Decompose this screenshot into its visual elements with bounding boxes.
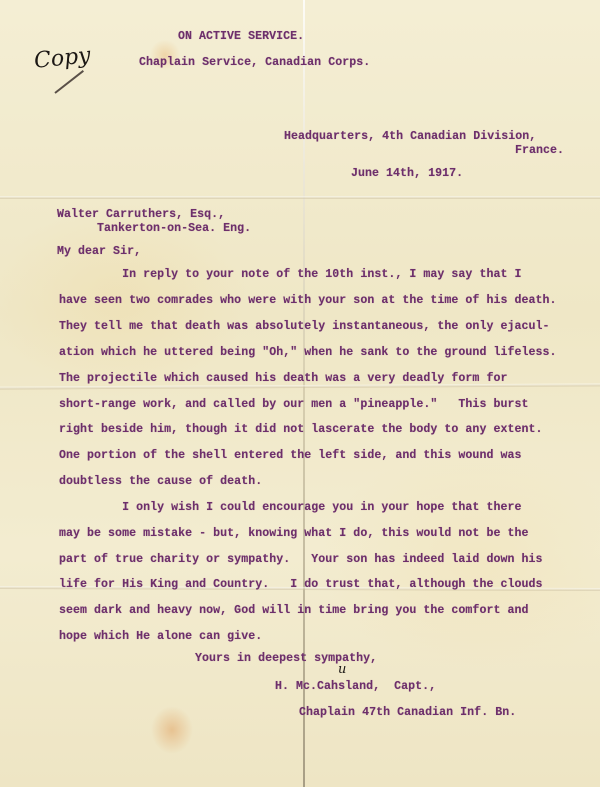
body-line: part of true charity or sympathy. Your s… xyxy=(59,553,543,566)
body-line: One portion of the shell entered the lef… xyxy=(59,449,522,462)
signature-name: H. Mc.Cahsland, Capt., xyxy=(275,680,436,693)
body-line: doubtless the cause of death. xyxy=(59,475,262,488)
body-line: may be some mistake - but, knowing what … xyxy=(59,527,529,540)
body-line: short-range work, and called by our men … xyxy=(59,398,529,411)
body-line: have seen two comrades who were with you… xyxy=(59,294,557,307)
salutation: My dear Sir, xyxy=(57,245,141,258)
signature-title: Chaplain 47th Canadian Inf. Bn. xyxy=(299,706,516,719)
body-line: In reply to your note of the 10th inst.,… xyxy=(59,268,522,281)
vertical-fold-crease xyxy=(303,0,305,787)
letterhead-line-2: Chaplain Service, Canadian Corps. xyxy=(139,56,370,69)
recipient-name: Walter Carruthers, Esq., xyxy=(57,208,225,221)
letterhead-line-1: ON ACTIVE SERVICE. xyxy=(178,30,304,43)
handwritten-correction: u xyxy=(338,662,346,677)
body-line: hope which He alone can give. xyxy=(59,630,262,643)
letter-date: June 14th, 1917. xyxy=(351,167,463,180)
body-line: right beside him, though it did not lasc… xyxy=(59,423,543,436)
handwritten-arrow-icon xyxy=(54,70,84,94)
horizontal-fold-crease xyxy=(0,196,600,199)
sender-address-line-2: France. xyxy=(515,144,564,157)
body-line: The projectile which caused his death wa… xyxy=(59,372,507,385)
body-line: life for His King and Country. I do trus… xyxy=(59,578,543,591)
letter-page: Copy ON ACTIVE SERVICE. Chaplain Service… xyxy=(0,0,600,787)
body-line: They tell me that death was absolutely i… xyxy=(59,320,550,333)
sender-address-line-1: Headquarters, 4th Canadian Division, xyxy=(284,130,536,143)
recipient-location: Tankerton-on-Sea. Eng. xyxy=(97,222,251,235)
closing: Yours in deepest sympathy, xyxy=(195,652,377,665)
body-line: I only wish I could encourage you in you… xyxy=(59,501,522,514)
body-line: seem dark and heavy now, God will in tim… xyxy=(59,604,529,617)
body-line: ation which he uttered being "Oh," when … xyxy=(59,346,557,359)
